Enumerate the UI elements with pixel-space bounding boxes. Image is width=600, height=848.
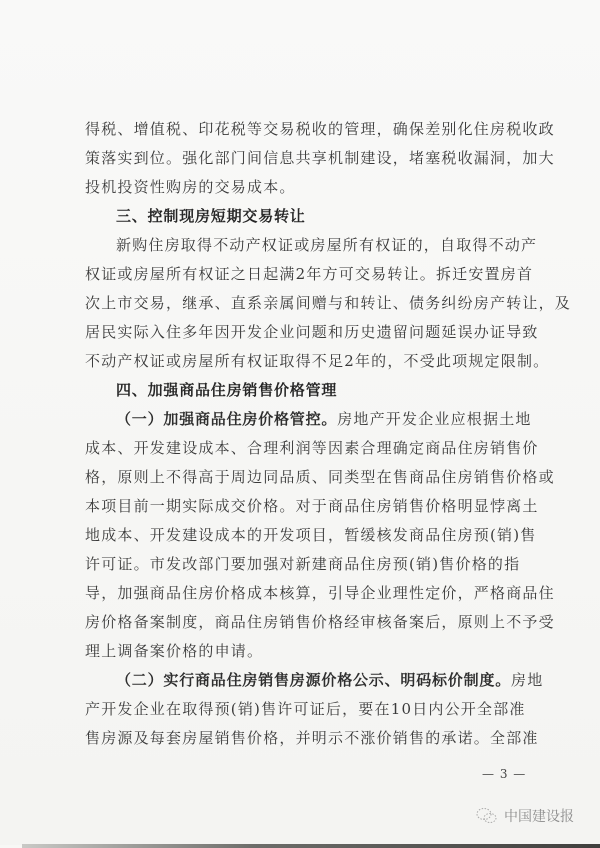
document-body: 得税、增值税、印花税等交易税收的管理，确保差别化住房税收政 策落实到位。强化部门… [85,115,531,753]
text-line: 新购住房取得不动产权证或房屋所有权证的，自取得不动产 [85,231,531,260]
text-line: 地成本、开发建设成本的开发项目，暂缓核发商品住房预(销)售 [85,521,531,550]
source-watermark: 中国建设报 [476,806,574,826]
text-run: 房地产开发企业应根据土地 [337,410,531,428]
text-line: 本项目前一期实际成交价格。对于商品住房销售价格明显悖离土 [85,492,531,521]
text-line: 权证或房屋所有权证之日起满2年方可交易转让。拆迁安置房首 [85,260,531,289]
wechat-icon [476,807,498,825]
text-line: 居民实际入住多年因开发企业问题和历史遗留问题延误办证导致 [85,318,531,347]
subsection-2-title: （二）实行商品住房销售房源价格公示、明码标价制度。 [116,671,511,689]
text-line: 不动产权证或房屋所有权证取得不足2年的，不受此项规定限制。 [85,347,531,376]
text-line: 理上调备案价格的申请。 [85,637,531,666]
text-line: 投机投资性购房的交易成本。 [85,173,531,202]
text-run: 房地 [511,671,543,689]
text-line: 许可证。市发改部门要加强对新建商品住房预(销)售价格的指 [85,550,531,579]
text-line: 产开发企业在取得预(销)售许可证后，要在10日内公开全部准 [85,695,531,724]
section-heading-4: 四、加强商品住房销售价格管理 [85,376,531,405]
text-line: 次上市交易，继承、直系亲属间赠与和转让、债务纠纷房产转让，及 [85,289,531,318]
text-line: 导，加强商品住房价格成本核算，引导企业理性定价，严格商品住 [85,579,531,608]
page-number: — 3 — [482,767,526,781]
document-page: 得税、增值税、印花税等交易税收的管理，确保差别化住房税收政 策落实到位。强化部门… [0,0,600,845]
text-line: 成本、开发建设成本、合理利润等因素合理确定商品住房销售价 [85,434,531,463]
text-line: 房价格备案制度，商品住房销售价格经审核备案后，原则上不予受 [85,608,531,637]
scan-bottom-edge [22,844,600,848]
subsection-1-title: （一）加强商品住房价格管控。 [116,410,337,428]
section-heading-3: 三、控制现房短期交易转让 [85,202,531,231]
subsection-2-line: （二）实行商品住房销售房源价格公示、明码标价制度。房地 [85,666,531,695]
watermark-label: 中国建设报 [504,806,574,826]
subsection-1-line: （一）加强商品住房价格管控。房地产开发企业应根据土地 [85,405,531,434]
text-line: 格，原则上不得高于周边同品质、同类型在售商品住房销售价格或 [85,463,531,492]
text-line: 策落实到位。强化部门间信息共享机制建设，堵塞税收漏洞，加大 [85,144,531,173]
text-line: 售房源及每套房屋销售价格，并明示不涨价销售的承诺。全部准 [85,724,531,753]
text-line: 得税、增值税、印花税等交易税收的管理，确保差别化住房税收政 [85,115,531,144]
